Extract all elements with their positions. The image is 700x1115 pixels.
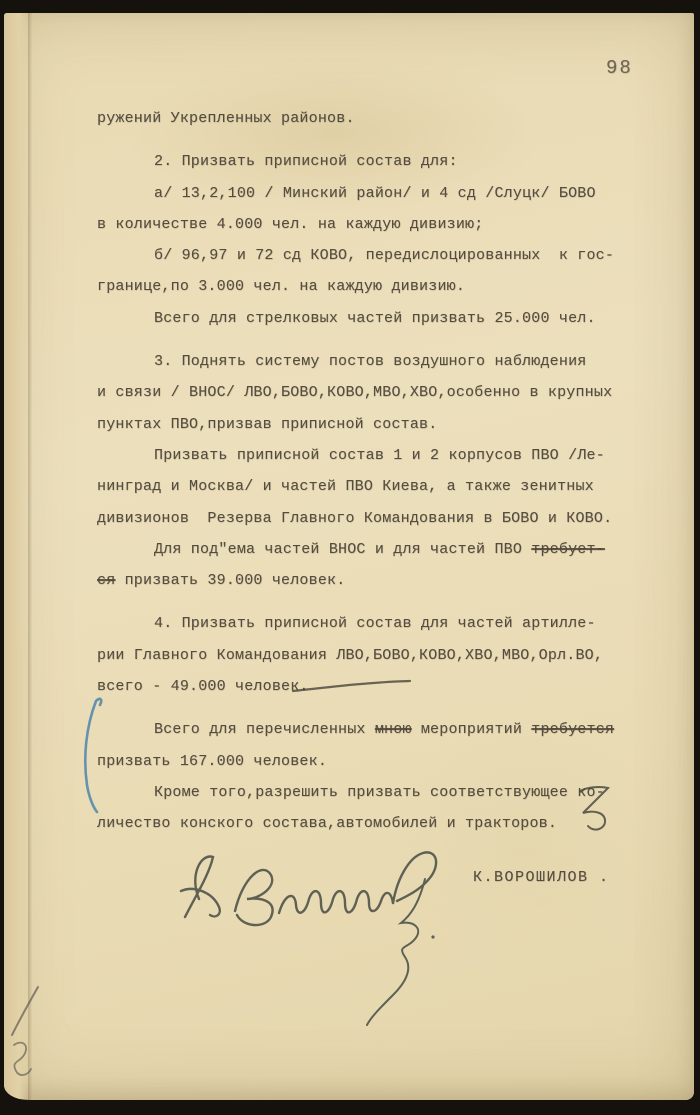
typed-signature-name: К.ВОРОШИЛОВ .: [473, 869, 610, 886]
page-number: 98: [606, 57, 633, 79]
typewritten-text-block: ружений Укрепленных районов.2. Призвать …: [97, 103, 632, 840]
document-line: рии Главного Командования ЛВО,БОВО,КОВО,…: [97, 640, 632, 671]
text-segment: личество конского состава,автомобилей и …: [97, 815, 557, 832]
document-line: границе,по 3.000 чел. на каждую дивизию.: [97, 271, 632, 302]
document-line: б/ 96,97 и 72 сд КОВО, передислоцированн…: [97, 240, 632, 271]
text-segment: Кроме того,разрешить призвать соответств…: [154, 784, 605, 801]
document-line: Всего для перечисленных мною мероприятий…: [97, 714, 632, 745]
struck-text: мною: [375, 721, 412, 738]
page-crease-line: [28, 13, 32, 1100]
text-segment: в количестве 4.000 чел. на каждую дивизи…: [97, 216, 483, 233]
scanned-archive-photo: { "page": { "number": "98", "lines": [ {…: [0, 0, 700, 1115]
text-segment: нинград и Москва/ и частей ПВО Киева, а …: [97, 478, 594, 495]
struck-text: требуется: [531, 721, 614, 738]
text-segment: Призвать приписной состав 1 и 2 корпусов…: [154, 447, 605, 464]
struck-text: требует-: [531, 541, 605, 558]
text-segment: призвать 39.000 человек.: [115, 572, 345, 589]
text-segment: пунктах ПВО,призвав приписной состав.: [97, 416, 437, 433]
text-segment: 4. Призвать приписной состав для частей …: [154, 615, 596, 632]
document-line: 2. Призвать приписной состав для:: [97, 146, 632, 177]
document-line: ружений Укрепленных районов.: [97, 103, 632, 134]
document-line: призвать 167.000 человек.: [97, 746, 632, 777]
document-line: дивизионов Резерва Главного Командования…: [97, 503, 632, 534]
text-segment: 3. Поднять систему постов воздушного наб…: [154, 353, 586, 370]
text-segment: дивизионов Резерва Главного Командования…: [97, 510, 612, 527]
struck-text: ся: [97, 572, 115, 589]
text-segment: всего - 49.000 человек.: [97, 678, 309, 695]
text-segment: рии Главного Командования ЛВО,БОВО,КОВО,…: [97, 647, 603, 664]
document-line: Для под"ема частей ВНОС и для частей ПВО…: [97, 534, 632, 565]
document-line: а/ 13,2,100 / Минский район/ и 4 сд /Слу…: [97, 178, 632, 209]
handwritten-signature: [169, 841, 489, 1031]
document-line: в количестве 4.000 чел. на каждую дивизи…: [97, 209, 632, 240]
document-line: и связи / ВНОС/ ЛВО,БОВО,КОВО,МВО,ХВО,ос…: [97, 377, 632, 408]
text-segment: ружений Укрепленных районов.: [97, 110, 355, 127]
document-line: Призвать приписной состав 1 и 2 корпусов…: [97, 440, 632, 471]
text-segment: призвать 167.000 человек.: [97, 753, 327, 770]
text-segment: и связи / ВНОС/ ЛВО,БОВО,КОВО,МВО,ХВО,ос…: [97, 384, 612, 401]
text-segment: Всего для перечисленных: [154, 721, 375, 738]
document-line: всего - 49.000 человек.: [97, 671, 632, 702]
document-line: личество конского состава,автомобилей и …: [97, 808, 632, 839]
document-line: 3. Поднять систему постов воздушного наб…: [97, 346, 632, 377]
corner-scribble: [4, 981, 52, 1097]
document-page: 98 ружений Укрепленных районов.2. Призва…: [4, 13, 694, 1100]
text-segment: Всего для стрелковых частей призвать 25.…: [154, 310, 596, 327]
text-segment: мероприятий: [412, 721, 532, 738]
page-binding-edge: [4, 13, 28, 1100]
document-line: Кроме того,разрешить призвать соответств…: [97, 777, 632, 808]
document-line: пунктах ПВО,призвав приписной состав.: [97, 409, 632, 440]
text-segment: а/ 13,2,100 / Минский район/ и 4 сд /Слу…: [154, 185, 596, 202]
document-line: Всего для стрелковых частей призвать 25.…: [97, 303, 632, 334]
text-segment: б/ 96,97 и 72 сд КОВО, передислоцированн…: [154, 247, 614, 264]
text-segment: границе,по 3.000 чел. на каждую дивизию.: [97, 278, 465, 295]
text-segment: 2. Призвать приписной состав для:: [154, 153, 458, 170]
document-line: 4. Призвать приписной состав для частей …: [97, 608, 632, 639]
document-line: нинград и Москва/ и частей ПВО Киева, а …: [97, 471, 632, 502]
text-segment: Для под"ема частей ВНОС и для частей ПВО: [154, 541, 531, 558]
document-line: ся призвать 39.000 человек.: [97, 565, 632, 596]
